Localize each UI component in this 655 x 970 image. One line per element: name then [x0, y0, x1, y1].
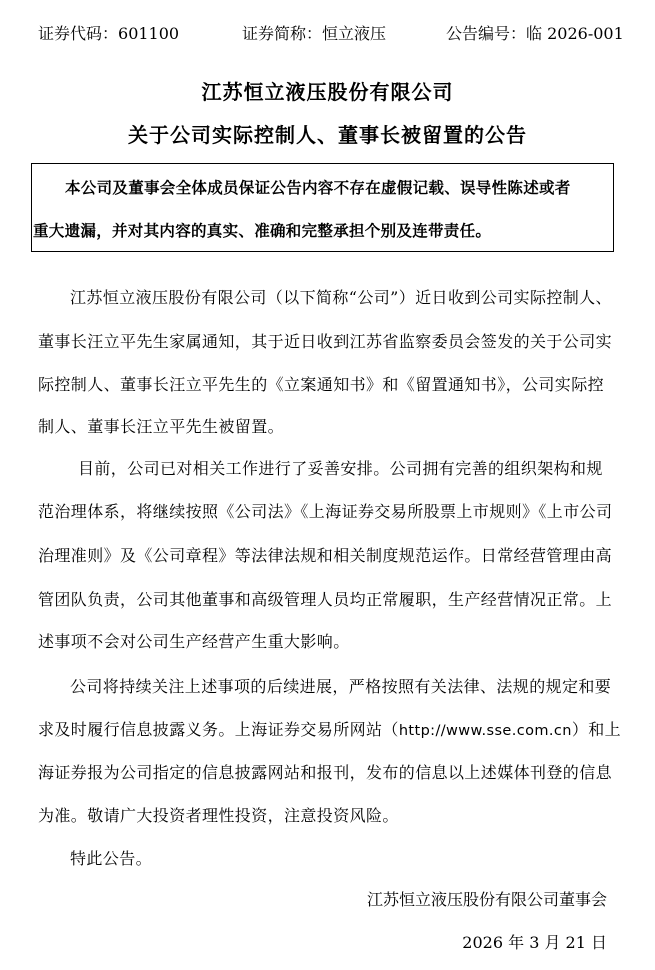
paragraph-line: 公司将持续关注上述事项的后续进展，严格按照有关法律、法规的规定和要	[70, 676, 611, 698]
announcement-date: 2026 年 3 月 21 日	[462, 932, 607, 954]
notice-line: 本公司及董事会全体成员保证公告内容不存在虚假记载、误导性陈述或者	[65, 176, 571, 198]
security-abbreviation: 证券简称：恒立液压	[242, 22, 386, 46]
paragraph-line: 求及时履行信息披露义务。上海证券交易所网站（http://www.sse.com…	[38, 719, 621, 742]
security-abbr-label: 证券简称：	[242, 24, 322, 43]
line-text: ）和上	[572, 720, 621, 739]
closing-statement: 特此公告。	[70, 848, 152, 870]
issuer-signature: 江苏恒立液压股份有限公司董事会	[367, 889, 607, 911]
security-code-value: 601100	[118, 24, 179, 43]
paragraph-line: 治理准则》及《公司章程》等法律法规和相关制度规范运作。日常经营管理由高	[38, 545, 612, 567]
paragraph-line: 范治理体系，将继续按照《公司法》《上海证券交易所股票上市规则》《上市公司	[38, 501, 612, 523]
announcement-header: 证券代码：601100 证券简称：恒立液压 公告编号：临 2026-001	[0, 22, 655, 46]
announcement-number: 公告编号：临 2026-001	[446, 22, 624, 46]
paragraph-line: 际控制人、董事长汪立平先生的《立案通知书》和《留置通知书》，公司实际控	[38, 374, 604, 396]
board-guarantee-notice: 本公司及董事会全体成员保证公告内容不存在虚假记载、误导性陈述或者 重大遗漏，并对…	[31, 163, 614, 252]
announcement-title: 关于公司实际控制人、董事长被留置的公告	[0, 119, 655, 148]
paragraph-line: 董事长汪立平先生家属通知，其于近日收到江苏省监察委员会签发的关于公司实	[38, 331, 612, 353]
security-code-label: 证券代码：	[38, 24, 118, 43]
paragraph-line: 制人、董事长汪立平先生被留置。	[38, 416, 284, 438]
paragraph-line: 江苏恒立液压股份有限公司（以下简称“公司”）近日收到公司实际控制人、	[70, 287, 612, 309]
paragraph-line: 目前，公司已对相关工作进行了妥善安排。公司拥有完善的组织架构和规	[78, 458, 603, 480]
paragraph-line: 海证券报为公司指定的信息披露网站和报刊，发布的信息以上述媒体刊登的信息	[38, 762, 612, 784]
sse-website-link[interactable]: http://www.sse.com.cn	[399, 723, 572, 739]
announcement-no-value: 临 2026-001	[526, 24, 624, 43]
paragraph-line: 管团队负责，公司其他董事和高级管理人员均正常履职，生产经营情况正常。上	[38, 589, 612, 611]
notice-line: 重大遗漏，并对其内容的真实、准确和完整承担个别及连带责任。	[33, 219, 491, 241]
announcement-no-label: 公告编号：	[446, 24, 526, 43]
company-title: 江苏恒立液压股份有限公司	[0, 76, 655, 105]
line-text: 求及时履行信息披露义务。上海证券交易所网站（	[38, 720, 399, 739]
security-code: 证券代码：601100	[38, 22, 179, 46]
paragraph-line: 述事项不会对公司生产经营产生重大影响。	[38, 631, 350, 653]
security-abbr-value: 恒立液压	[322, 24, 386, 43]
paragraph-line: 为准。敬请广大投资者理性投资，注意投资风险。	[38, 805, 399, 827]
